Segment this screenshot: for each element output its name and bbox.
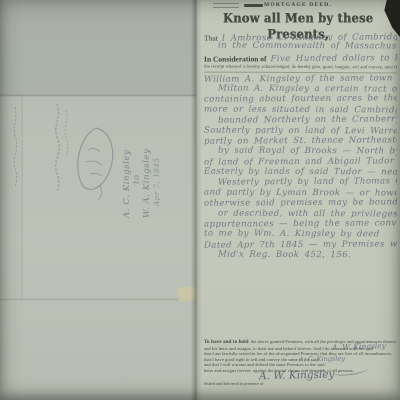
witness-clause: Sealed and delivered in presence of	[204, 381, 263, 386]
docket-endorsement: A. C. Kingsley to W. A. Kingsley Apr 7, …	[122, 78, 162, 218]
fold-line-upper	[0, 94, 196, 97]
body-line: bounded Northerly on the Cranberry Meado…	[204, 114, 397, 126]
left-page: A. C. Kingsley to W. A. Kingsley Apr 7, …	[0, 0, 196, 400]
receipt-clause: the receipt whereof is hereby acknowledg…	[204, 62, 397, 74]
body-line: otherwise said premises may be bounded	[204, 198, 397, 210]
habendum-block: To have and to holdthe above granted Pre…	[204, 339, 396, 373]
docket-to: to	[132, 78, 142, 218]
form-title: MORTGAGE DEED.	[196, 2, 400, 8]
crease-note-scribble-icon	[8, 104, 22, 196]
registry-line: Mid'x Reg. Book 452, 156.	[204, 250, 397, 261]
recording-note-scribble-icon	[48, 100, 74, 208]
scanned-mortgage-deed: A. C. Kingsley to W. A. Kingsley Apr 7, …	[0, 0, 400, 400]
docket-grantee: W. A. Kingsley	[142, 78, 152, 218]
grantee-name-inked: A. W. Kingsley	[332, 341, 386, 352]
fold-line-lower	[0, 298, 196, 301]
body-line: by said Royal of Brooks — North by land	[204, 146, 397, 157]
to-have-and-to-hold-label: To have and to hold	[204, 339, 249, 345]
docket-grantor: A. C. Kingsley	[122, 78, 132, 218]
grantor-name-inked: A. C. Kingsley	[299, 355, 345, 364]
signature-flourish	[334, 365, 369, 376]
body-line: in the Commonwealth of Massachusetts	[204, 41, 397, 52]
page-gutter-shadow	[191, 0, 202, 400]
deed-body: ThatI Ambrose C. Kingsley of Cambridge i…	[204, 31, 397, 261]
fold-top-band	[0, 0, 196, 95]
right-page: MORTGAGE DEED. Know all Men by these Pre…	[196, 0, 400, 400]
body-line: containing about fourteen acres be the s…	[204, 94, 397, 106]
recorder-scrawl-icon	[72, 122, 120, 204]
signature: A. W. Kingsley	[259, 368, 369, 383]
docket-date: Apr 7, 1845	[152, 78, 162, 218]
